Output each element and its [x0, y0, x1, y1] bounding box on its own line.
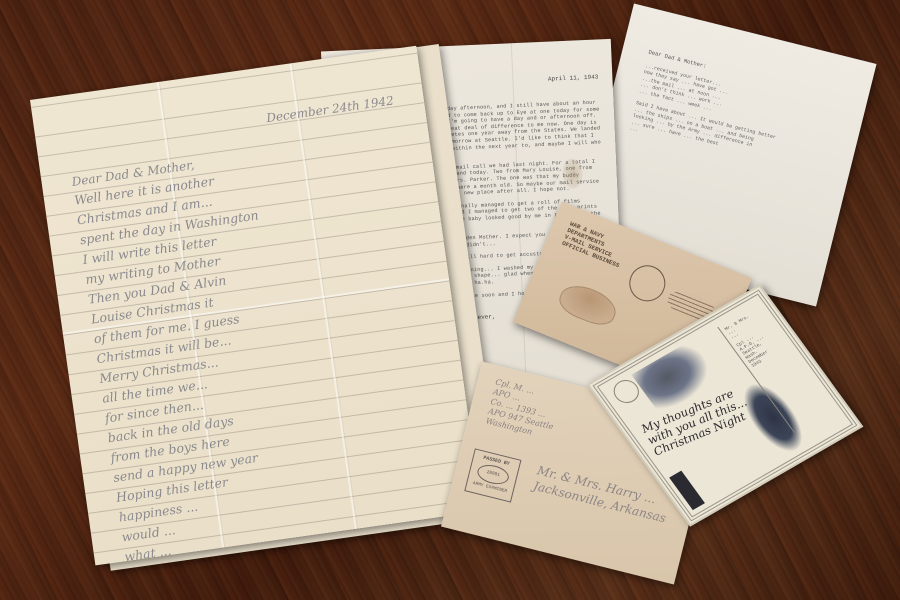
censor-bar: [669, 471, 705, 511]
handwritten-body: Well here it is another Christmas and I …: [73, 144, 465, 566]
envelope-window: [555, 279, 621, 330]
handwritten-letter: December 24th 1942 Dear Dad & Mother, We…: [30, 46, 482, 566]
typed-letter-right-body: ...received your letter... now they say …: [629, 63, 850, 182]
censor-stamp: PASSED BY 20881 ARMY EXAMINER: [464, 448, 521, 502]
